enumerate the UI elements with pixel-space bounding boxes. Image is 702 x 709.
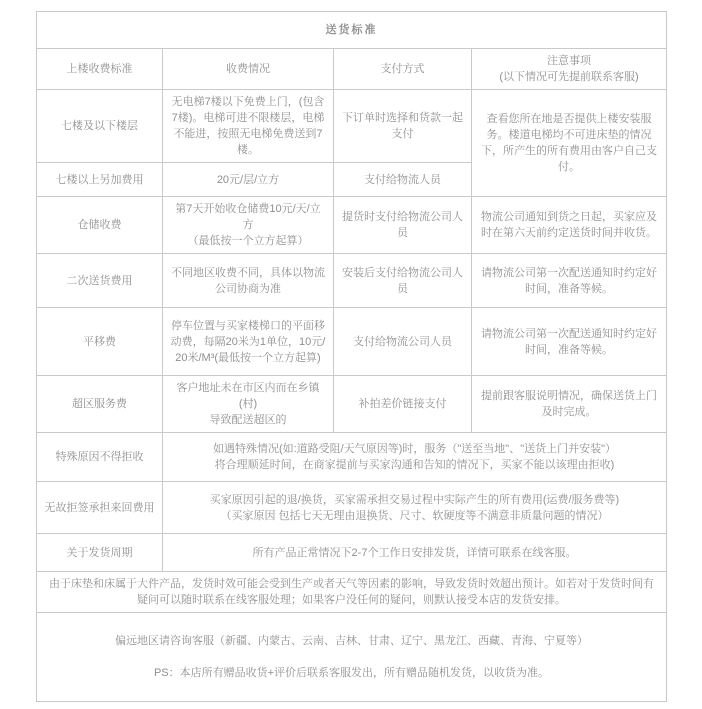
payment-cell: 下订单时选择和货款一起支付 — [334, 90, 472, 163]
table-row-out-of-area-fee: 超区服务费 客户地址未在市区内而在乡镇(村) 导致配送超区的 补拍差价链接支付 … — [37, 376, 667, 433]
payment-cell: 支付给物流人员 — [334, 163, 472, 197]
table-row-refusal-costs: 无故拒签承担来回费用 买家原因引起的退/换货，买家需承担交易过程中实际产生的所有… — [37, 482, 667, 534]
fee-cell: 第7天开始收仓储费10元/天/立方 （最低按一个立方起算） — [163, 197, 334, 254]
title-row: 送货标准 — [37, 12, 667, 49]
row-content-cell: 买家原因引起的退/换货，买家需承担交易过程中实际产生的所有费用(运费/服务费等)… — [163, 482, 667, 534]
payment-cell: 提货时支付给物流公司人员 — [334, 197, 472, 254]
delivery-standards-page: 送货标准 上楼收费标准 收费情况 支付方式 注意事项 (以下情况可先提前联系客服… — [0, 0, 702, 709]
note-cell: 提前跟客服说明情况，确保送货上门及时完成。 — [472, 376, 667, 433]
fee-cell: 停车位置与买家楼梯口的平面移动费，每隔20米为1单位，10元/20米/M³(最低… — [163, 308, 334, 376]
row-label: 无故拒签承担来回费用 — [37, 482, 163, 534]
header-fee-details: 收费情况 — [163, 49, 334, 90]
payment-cell: 支付给物流公司人员 — [334, 308, 472, 376]
note-cell: 查看您所在地是否提供上楼安装服务。楼道电梯均不可进床垫的情况下，所产生的所有费用… — [472, 90, 667, 197]
shipping-notice-row: 由于床垫和床属于大件产品，发货时效可能会受到生产或者天气等因素的影响，导致发货时… — [37, 572, 667, 613]
note-cell: 请物流公司第一次配送通知时约定好时间，准备等候。 — [472, 254, 667, 308]
table-row-second-delivery-fee: 二次送货费用 不同地区收费不同，具体以物流公司协商为准 安装后支付给物流公司人员… — [37, 254, 667, 308]
remote-area-cell: 偏远地区请咨询客服（新疆、内蒙古、云南、吉林、甘肃、辽宁、黑龙江、西藏、青海、宁… — [37, 613, 667, 702]
delivery-standards-table: 送货标准 上楼收费标准 收费情况 支付方式 注意事项 (以下情况可先提前联系客服… — [36, 11, 667, 702]
row-label: 七楼以上另加费用 — [37, 163, 163, 197]
table-row-horizontal-move-fee: 平移费 停车位置与买家楼梯口的平面移动费，每隔20米为1单位，10元/20米/M… — [37, 308, 667, 376]
payment-cell: 补拍差价链接支付 — [334, 376, 472, 433]
row-label: 仓储收费 — [37, 197, 163, 254]
row-content-cell: 所有产品正常情况下2-7个工作日安排发货，详情可联系在线客服。 — [163, 534, 667, 572]
remote-area-text: 偏远地区请咨询客服（新疆、内蒙古、云南、吉林、甘肃、辽宁、黑龙江、西藏、青海、宁… — [44, 633, 659, 649]
row-label: 超区服务费 — [37, 376, 163, 433]
fee-cell: 客户地址未在市区内而在乡镇(村) 导致配送超区的 — [163, 376, 334, 433]
row-label: 关于发货周期 — [37, 534, 163, 572]
table-row-special-no-reject: 特殊原因不得拒收 如遇特殊情况(如:道路受阻/天气原因等)时，服务（"送至当地"… — [37, 433, 667, 482]
header-payment-method: 支付方式 — [334, 49, 472, 90]
row-label: 二次送货费用 — [37, 254, 163, 308]
table-row-shipping-cycle: 关于发货周期 所有产品正常情况下2-7个工作日安排发货，详情可联系在线客服。 — [37, 534, 667, 572]
row-content-cell: 如遇特殊情况(如:道路受阻/天气原因等)时，服务（"送至当地"、"送货上门并安装… — [163, 433, 667, 482]
payment-cell: 安装后支付给物流公司人员 — [334, 254, 472, 308]
ps-gift-text: PS：本店所有赠品收货+评价后联系客服发出，所有赠品随机发货，以收货为准。 — [44, 665, 659, 681]
fee-cell: 无电梯7楼以下免费上门，(包含7楼)。电梯可进不限楼层，电梯不能进，按照无电梯免… — [163, 90, 334, 163]
shipping-notice-text: 由于床垫和床属于大件产品，发货时效可能会受到生产或者天气等因素的影响，导致发货时… — [37, 572, 667, 613]
table-row-storage-fee: 仓储收费 第7天开始收仓储费10元/天/立方 （最低按一个立方起算） 提货时支付… — [37, 197, 667, 254]
table-header-row: 上楼收费标准 收费情况 支付方式 注意事项 (以下情况可先提前联系客服) — [37, 49, 667, 90]
note-cell: 物流公司通知到货之日起，买家应及时在第六天前约定送货时间并收货。 — [472, 197, 667, 254]
remote-area-row: 偏远地区请咨询客服（新疆、内蒙古、云南、吉林、甘肃、辽宁、黑龙江、西藏、青海、宁… — [37, 613, 667, 702]
header-notes: 注意事项 (以下情况可先提前联系客服) — [472, 49, 667, 90]
fee-cell: 不同地区收费不同，具体以物流公司协商为准 — [163, 254, 334, 308]
page-title: 送货标准 — [37, 12, 667, 49]
header-upstairs-fee-standard: 上楼收费标准 — [37, 49, 163, 90]
row-label: 平移费 — [37, 308, 163, 376]
row-label: 七楼及以下楼层 — [37, 90, 163, 163]
row-label: 特殊原因不得拒收 — [37, 433, 163, 482]
note-cell: 请物流公司第一次配送通知时约定好时间，准备等候。 — [472, 308, 667, 376]
table-row-floor7-below: 七楼及以下楼层 无电梯7楼以下免费上门，(包含7楼)。电梯可进不限楼层，电梯不能… — [37, 90, 667, 163]
fee-cell: 20元/层/立方 — [163, 163, 334, 197]
